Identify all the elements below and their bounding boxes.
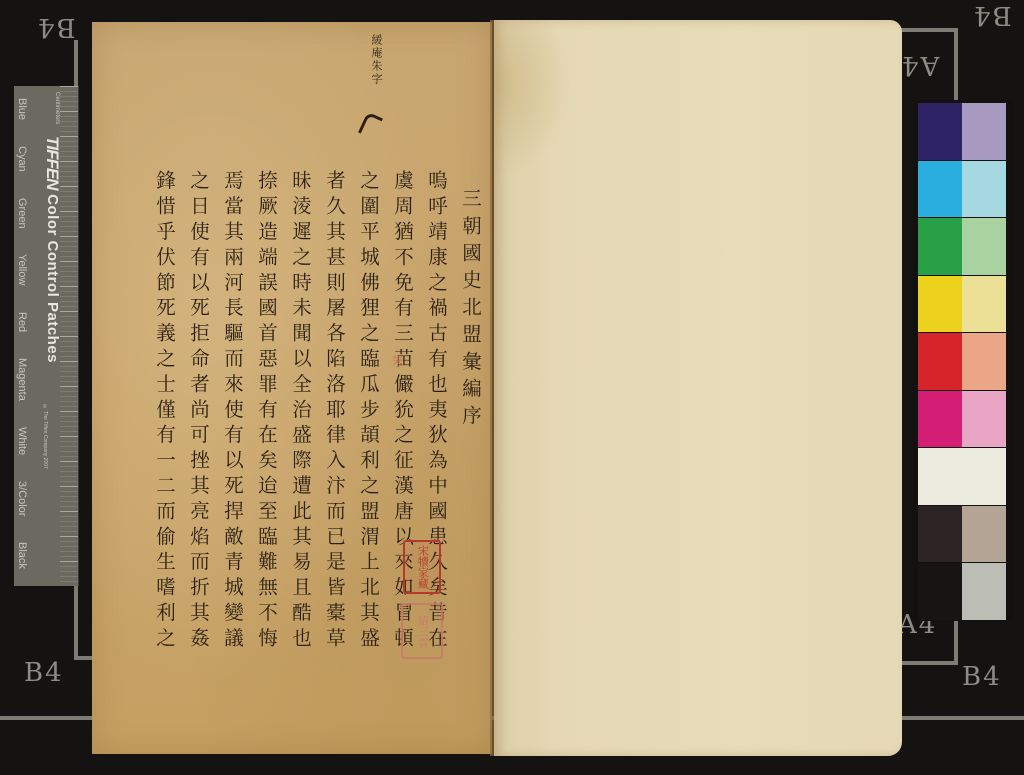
patch-magenta <box>918 391 962 448</box>
patch-row-white <box>918 448 1013 506</box>
ruler-label-white: White <box>16 427 28 455</box>
patch-green <box>918 218 962 275</box>
patch-row-red <box>918 333 1013 391</box>
ruler-label-magenta: Magenta <box>16 358 28 401</box>
patch-3color <box>918 506 962 563</box>
ruler-label-blue: Blue <box>16 98 28 120</box>
tiffen-logo: TIFFEN <box>43 136 62 190</box>
book-left-page: 緩庵朱字 三朝國史北盟彙編序 嗚呼靖康之禍古有也夷狄為中國患久矣昔在 虞周猶不免… <box>92 22 492 754</box>
text-column: 之日使有以死拒命者尚可挫其亮焰而折其姦 <box>178 170 208 653</box>
ruler-title: Color Control Patches <box>44 194 61 363</box>
size-mark-b4: B4 <box>24 660 64 686</box>
ruler-major-ticks <box>60 86 78 586</box>
patch-row-black <box>918 563 1013 621</box>
ruler-label-yellow: Yellow <box>16 254 28 285</box>
text-column: 昧淩遲之時未聞以全治盛際遭此其易且酷也 <box>280 170 310 653</box>
ruler-label-black: Black <box>16 542 28 569</box>
size-mark-b4: B4 <box>962 664 1002 690</box>
marginal-annotation: 緩庵朱字 <box>368 34 384 86</box>
ruler-unit-label: Centimeters <box>54 92 60 124</box>
tiffen-color-ruler: Centimeters Blue Cyan Green Yellow Red M… <box>14 86 79 586</box>
ink-stroke-mark <box>358 111 383 139</box>
patch-row-cyan <box>918 161 1013 219</box>
ruler-copyright: © The Tiffen Company 2007 <box>42 404 48 469</box>
text-column: 者久其甚則屠各陷洛耶律入汴而已是皆橐草 <box>314 170 344 653</box>
color-patch-strip <box>913 100 1013 620</box>
patch-yellow-light <box>962 276 1006 333</box>
patch-black-light <box>962 563 1006 620</box>
red-ink-mark: 朱 <box>392 352 404 369</box>
ruler-label-3color: 3/Color <box>16 481 28 516</box>
guide-line-bottom-right-v <box>954 615 958 665</box>
patch-3color-light <box>962 506 1006 563</box>
text-column: 捺厥造端誤國首惡罪有在矣迨至臨難無不悔 <box>246 170 276 653</box>
size-mark-b4: B4 <box>972 2 1012 28</box>
ruler-label-red: Red <box>16 312 28 332</box>
size-mark-b4: B4 <box>36 14 76 40</box>
guide-line-left-bottom <box>74 656 94 660</box>
patch-row-magenta <box>918 391 1013 449</box>
patch-row-3color <box>918 506 1013 564</box>
patch-green-light <box>962 218 1006 275</box>
patch-row-yellow <box>918 276 1013 334</box>
text-column: 之圍平城佛狸之臨瓜步頡利之盟渭上北其盛 <box>348 170 378 653</box>
book-right-page <box>494 20 902 756</box>
ruler-brand: TIFFEN Color Control Patches <box>42 136 62 363</box>
collector-seal: 紹三雲 <box>401 603 443 659</box>
ruler-color-labels: Blue Cyan Green Yellow Red Magenta White… <box>16 98 28 569</box>
size-mark-a4: A4 <box>900 52 939 78</box>
water-stain <box>494 20 574 180</box>
patch-cyan-light <box>962 161 1006 218</box>
text-column: 焉當其兩河長驅而來使有以死捍敵青城變議 <box>212 170 242 653</box>
patch-white <box>918 448 1006 505</box>
patch-red <box>918 333 962 390</box>
collector-seal: 宋犢家藏 <box>403 540 441 594</box>
patch-black <box>918 563 962 620</box>
patch-row-blue <box>918 103 1013 161</box>
ruler-label-cyan: Cyan <box>16 146 28 172</box>
ruler-label-green: Green <box>16 198 28 229</box>
patch-cyan <box>918 161 962 218</box>
patch-blue-light <box>962 103 1006 160</box>
text-column: 鋒惜乎伏節死義之士僅有一二而偷生嗜利之 <box>144 170 174 653</box>
patch-blue <box>918 103 962 160</box>
guide-line-top-right-h <box>900 28 958 32</box>
preface-title: 三朝國史北盟彙編序 <box>450 188 480 653</box>
patch-yellow <box>918 276 962 333</box>
guide-line-bottom-right-h <box>900 661 958 665</box>
patch-red-light <box>962 333 1006 390</box>
patch-magenta-light <box>962 391 1006 448</box>
patch-row-green <box>918 218 1013 276</box>
guide-line-top-right-v <box>954 28 958 100</box>
